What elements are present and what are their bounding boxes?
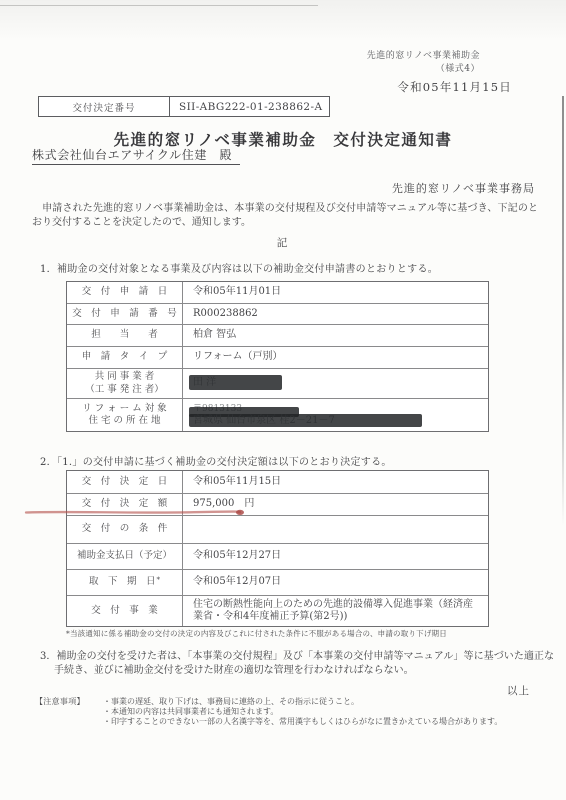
row-value: 住宅の断熱性能向上のための先進的設備導入促進事業（経済産業省・令和4年度補正予算… (183, 596, 488, 626)
row-value: 令和05年12月27日 (183, 544, 488, 569)
table-row: リ フ ォ ー ム 対 象 住 宅 の 所 在 地 〒9813133 宮城県 仙… (67, 398, 488, 431)
table-row: 申 請 タ イ プ リフォーム（戸別） (67, 346, 488, 368)
table-row: 交 付 の 条 件 (67, 515, 488, 543)
note-item: ・印字することのできない一部の人名漢字等を、常用漢字もしくはひらがなに置きかえて… (103, 717, 502, 727)
row-value-redacted: 田 洋 (183, 369, 488, 398)
row-label: 交 付 決 定 日 (67, 471, 183, 493)
notes-label: 【注意事項】 (35, 697, 103, 727)
section2-heading: 2．「1.」の交付申請に基づく補助金の交付決定額は以下のとおり決定する。 (40, 453, 392, 468)
record-mark: 記 (0, 235, 566, 250)
row-label: 交 付 の 条 件 (67, 516, 183, 543)
redacted-name: 田 洋 (193, 377, 216, 390)
recipient-name: 株式会社仙台エアサイクル住建 殿 (32, 146, 240, 165)
scan-tint-artifact (0, 0, 566, 40)
table-row: 取 下 期 日* 令和05年12月07日 (67, 569, 488, 595)
header-meta: 先進的窓リノベ事業補助金 （様式4） (367, 50, 480, 75)
row-label: 補助金支払日（予定） (67, 544, 183, 569)
closing-mark: 以上 (507, 683, 530, 698)
row-label: 交 付 申 請 日 (67, 282, 183, 303)
decision-number-value: SII-ABG222-01-238862-A (170, 97, 329, 116)
scan-top-edge-artifact (0, 5, 318, 6)
table-footnote: *当該通知に係る補助金の交付の決定の内容及びこれに付された条件に不服がある場合の… (66, 628, 447, 639)
footnote-asterisk: * (157, 574, 161, 587)
table-row: 交 付 事 業 住宅の断熱性能向上のための先進的設備導入促進事業（経済産業省・令… (67, 595, 488, 626)
note-item: ・事業の遅延、取り下げは、事務局に連絡の上、その指示に従うこと。 (103, 697, 502, 707)
application-table: 交 付 申 請 日 令和05年11月01日 交 付 申 請 番 号 R00023… (66, 281, 489, 432)
row-label: 交 付 決 定 額 (67, 494, 183, 515)
table-row: 交 付 申 請 番 号 R000238862 (67, 303, 488, 324)
table-row: 共 同 事 業 者 （工 事 発 注 者） 田 洋 (67, 368, 488, 398)
notes-block: 【注意事項】 ・事業の遅延、取り下げは、事務局に連絡の上、その指示に従うこと。 … (35, 697, 502, 727)
row-value-redacted: 〒9813133 宮城県 仙台市泉区 桂2－21－7 (183, 399, 488, 431)
table-row: 交 付 決 定 額 975,000 円 (67, 493, 488, 515)
row-label: 申 請 タ イ プ (67, 347, 183, 368)
table-row: 交 付 決 定 日 令和05年11月15日 (67, 471, 488, 493)
table-row: 交 付 申 請 日 令和05年11月01日 (67, 282, 488, 303)
document-date: 令和05年11月15日 (397, 79, 512, 95)
row-label: 交 付 申 請 番 号 (67, 304, 183, 324)
table-row: 補助金支払日（予定） 令和05年12月27日 (67, 543, 488, 569)
section3-paragraph: 3．補助金の交付を受けた者は、「本事業の交付規程」及び「本事業の交付申請等マニュ… (40, 650, 554, 677)
form-label: （様式4） (367, 63, 480, 76)
row-label: 交 付 事 業 (67, 596, 183, 626)
row-label: 担 当 者 (67, 325, 183, 346)
note-item: ・本通知の内容は共同事業者にも通知されます。 (103, 707, 502, 717)
decision-number-box: 交付決定番号 SII-ABG222-01-238862-A (38, 96, 330, 117)
row-value: リフォーム（戸別） (183, 347, 488, 368)
table-row: 担 当 者 柏倉 智弘 (67, 324, 488, 346)
decision-number-label: 交付決定番号 (39, 97, 170, 116)
row-value: 柏倉 智弘 (183, 325, 488, 346)
notes-items: ・事業の遅延、取り下げは、事務局に連絡の上、その指示に従うこと。 ・本通知の内容… (103, 697, 502, 727)
row-value: 令和05年11月15日 (183, 471, 488, 493)
row-value (183, 516, 488, 543)
row-value: 令和05年11月01日 (183, 282, 488, 303)
program-name: 先進的窓リノベ事業補助金 (367, 50, 480, 63)
grant-amount-value: 975,000 円 (183, 494, 488, 515)
issuing-office: 先進的窓リノベ事業事務局 (392, 180, 535, 196)
row-value: R000238862 (183, 304, 488, 324)
scan-right-edge-artifact (562, 96, 564, 526)
row-value: 令和05年12月07日 (183, 570, 488, 595)
intro-paragraph: 申請された先進的窓リノベ事業補助金は、本事業の交付規程及び交付申請等マニュアル等… (32, 202, 538, 230)
redacted-address: 宮城県 仙台市泉区 桂2－21－7 (193, 415, 335, 428)
decision-table: 交 付 決 定 日 令和05年11月15日 交 付 決 定 額 975,000 … (66, 470, 489, 627)
row-label: 取 下 期 日 (89, 576, 156, 589)
redaction-bar (189, 414, 422, 427)
row-label: 共 同 事 業 者 （工 事 発 注 者） (67, 369, 183, 398)
row-label: リ フ ォ ー ム 対 象 住 宅 の 所 在 地 (67, 399, 183, 431)
row-label-with-note: 取 下 期 日* (67, 570, 183, 595)
section1-heading: 1．補助金の交付対象となる事業及び内容は以下の補助金交付申請書のとおりとする。 (40, 260, 438, 275)
redaction-bar (189, 375, 282, 390)
scanned-document-page: 先進的窓リノベ事業補助金 （様式4） 令和05年11月15日 交付決定番号 SI… (0, 0, 566, 800)
